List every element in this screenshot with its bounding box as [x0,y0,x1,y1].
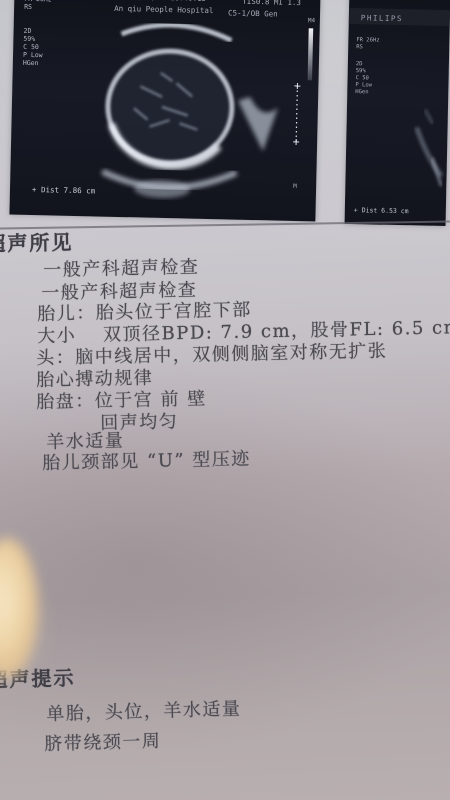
us-left-mode: 2D [24,27,32,35]
report-photo: 2014/12/09 16:40:15 TIS0.8 MI 1.3 An qiu… [0,0,450,800]
us-right-measurement: + Dist 6.53 cm [354,206,409,215]
ultrasound-image-left: 2014/12/09 16:40:15 TIS0.8 MI 1.3 An qiu… [9,0,320,221]
findings-line: 胎儿颈部见 “U” 型压迹 [42,445,251,475]
us-left-gain: 59% [23,35,35,43]
us-right-persist: P Low [355,82,372,88]
us-left-marker: M4 [308,17,316,24]
impression-line: 脐带绕颈一周 [44,727,162,756]
us-left-datetime: 2014/12/09 16:40:15 [120,0,206,3]
caliper-line [293,83,300,145]
us-left-probe: C5-1/OB Gen [228,8,278,18]
us-left-hospital: An qiu People Hospital [114,4,214,15]
ultrasound-left-graphic: 2014/12/09 16:40:15 TIS0.8 MI 1.3 An qiu… [9,0,320,221]
us-right-rs: RS [356,44,363,50]
us-right-fr: FR 26Hz [356,37,379,43]
us-right-gain: 59% [356,68,367,74]
us-right-mode: 2D [356,61,363,67]
ultrasound-right-graphic: PHILIPS FR 26Hz RS 2D 59% C 50 P Low HGe… [345,0,450,226]
us-left-measurement: + Dist 7.86 cm [32,185,96,195]
us-left-rs: RS [24,3,32,11]
us-left-res: HGen [23,59,39,67]
grayscale-bar [308,28,314,80]
findings-header: 超声所见 [0,226,74,257]
us-right-compress: C 50 [356,75,369,81]
philips-logo-text: PHILIPS [361,13,403,23]
us-right-echo-streaks [415,109,443,186]
lower-echo-patch [134,179,190,198]
us-left-tis: TIS0.8 MI 1.3 [242,0,301,7]
us-left-top-arc [121,24,231,41]
impression-line: 单胎，头位，羊水适量 [46,695,242,726]
us-right-res: HGen [355,89,368,95]
us-left-marker2: M [293,183,297,190]
echo-bright-region [237,97,278,152]
ultrasound-image-right: PHILIPS FR 26Hz RS 2D 59% C 50 P Low HGe… [345,0,450,226]
